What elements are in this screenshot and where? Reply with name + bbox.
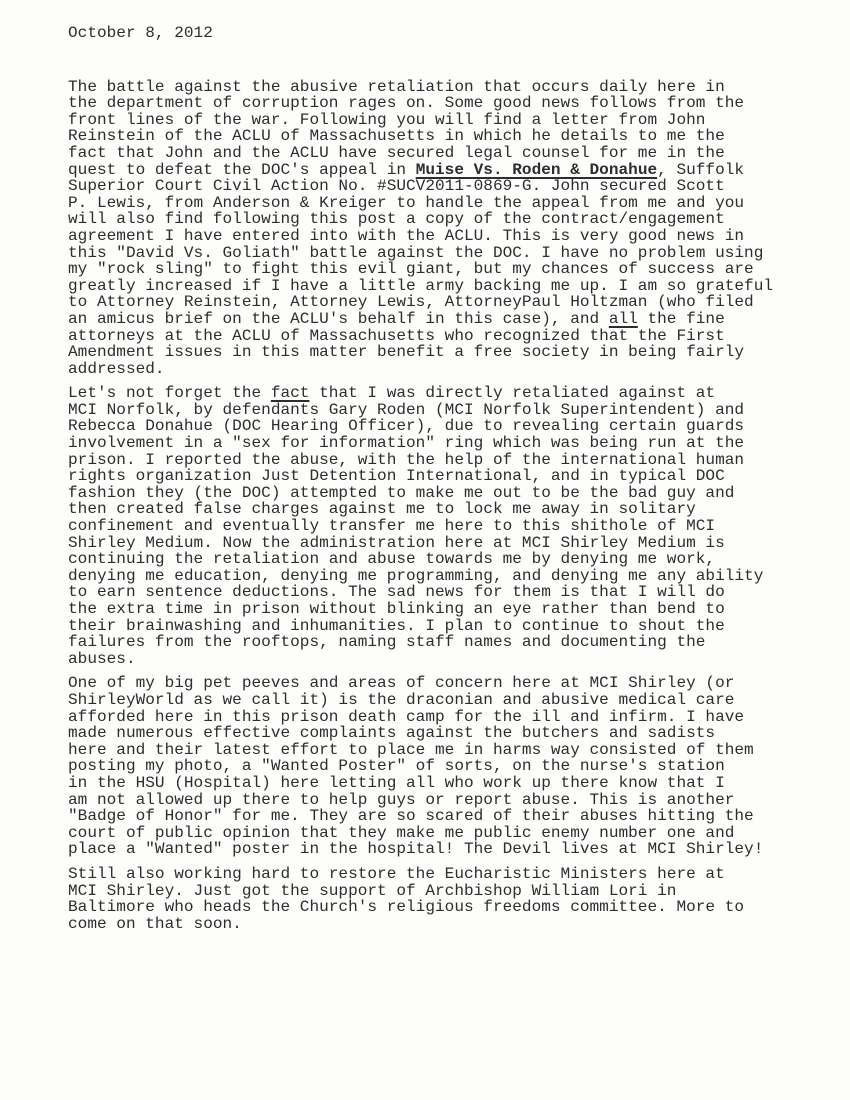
case-citation: Muise Vs. Roden & Donahue xyxy=(416,161,657,179)
letter-content: October 8, 2012 The battle against the a… xyxy=(68,25,792,940)
paragraph-3: One of my big pet peeves and areas of co… xyxy=(68,675,792,858)
paragraph-1-text-b: , Suffolk Superior Court Civil Action No… xyxy=(68,161,773,328)
paragraph-2-text-a: Let's not forget the xyxy=(68,384,271,402)
paragraph-1: The battle against the abusive retaliati… xyxy=(68,79,792,378)
letter-date: October 8, 2012 xyxy=(68,25,792,42)
scanned-letter-page: October 8, 2012 The battle against the a… xyxy=(0,0,850,1100)
paragraph-4-text: Still also working hard to restore the E… xyxy=(68,865,744,933)
underlined-word-fact: fact xyxy=(271,384,310,402)
paragraph-2-text-b: that I was directly retaliated against a… xyxy=(68,384,763,668)
underlined-word-all: all xyxy=(609,310,638,328)
paragraph-4: Still also working hard to restore the E… xyxy=(68,866,792,932)
paragraph-3-text: One of my big pet peeves and areas of co… xyxy=(68,674,763,858)
paragraph-2: Let's not forget the fact that I was dir… xyxy=(68,385,792,667)
